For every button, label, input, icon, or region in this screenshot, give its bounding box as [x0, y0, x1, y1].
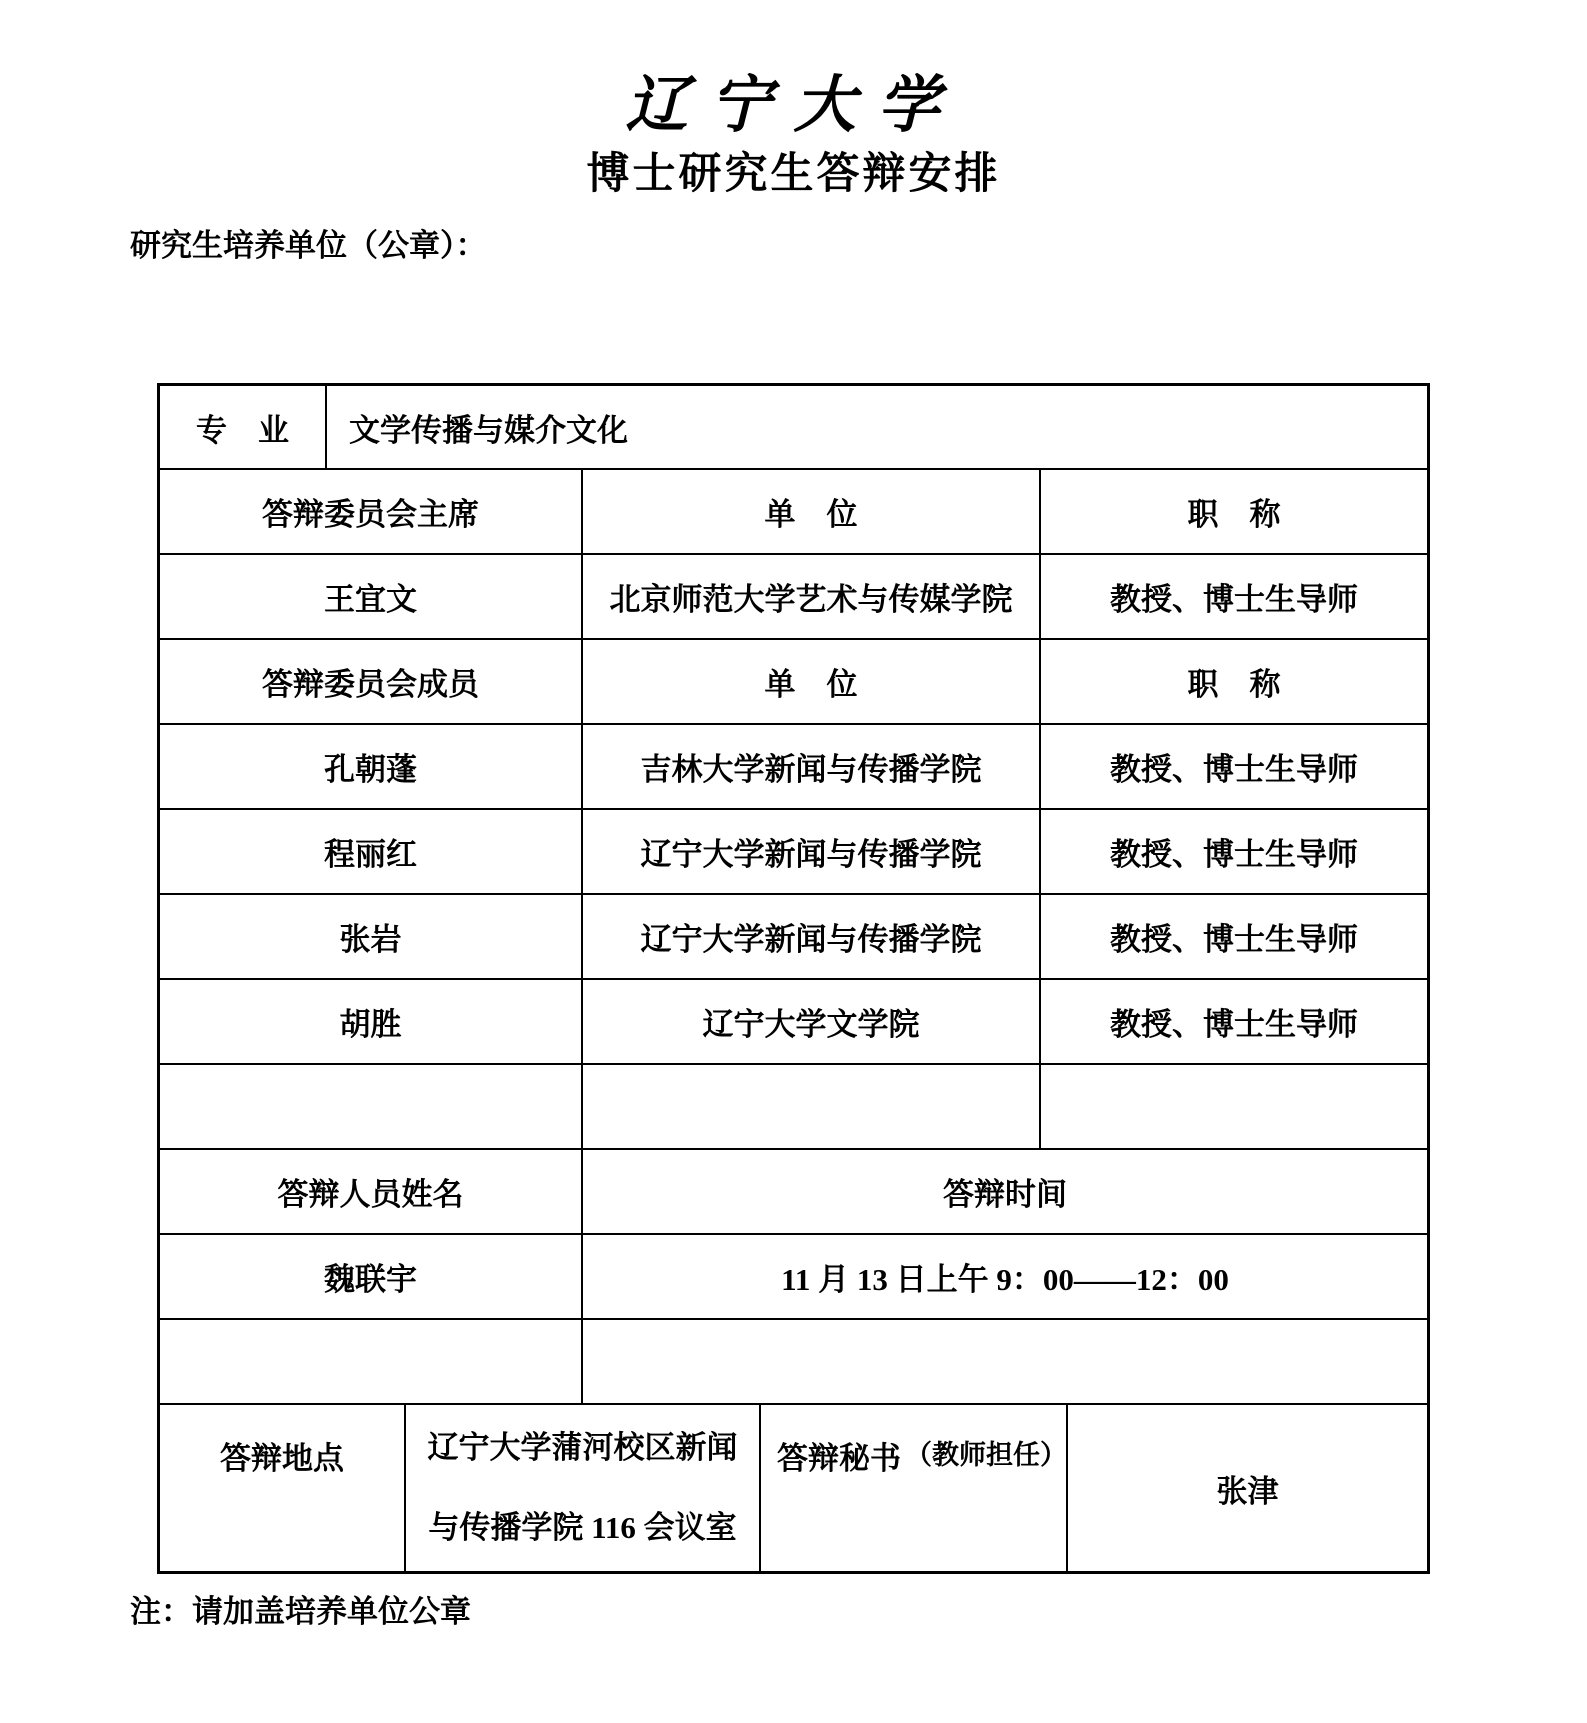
chair-title-cell: 教授、博士生导师: [1041, 555, 1427, 640]
candidate-name-cell: 魏联宇: [160, 1235, 583, 1320]
venue-value-line2: 与传播学院 116 会议室: [428, 1488, 736, 1568]
venue-value-line1: 辽宁大学蒲河校区新闻: [428, 1408, 738, 1488]
footer-note: 注：请加盖培养单位公章: [130, 1586, 471, 1631]
major-label-cell: 专 业: [160, 386, 327, 470]
candidate-header-time-cell: 答辩时间: [583, 1150, 1427, 1235]
chair-header-unit-cell: 单 位: [583, 470, 1041, 555]
member-unit-cell: 辽宁大学新闻与传播学院: [583, 895, 1041, 980]
member-header-role-cell: 答辩委员会成员: [160, 640, 583, 725]
major-row: 专 业 文学传播与媒介文化: [160, 386, 1427, 470]
member-header-unit-cell: 单 位: [583, 640, 1041, 725]
candidate-section: 答辩人员姓名 答辩时间 魏联宇 11 月 13 日上午 9：00——12：00: [160, 1150, 1427, 1405]
secretary-label: 答辩秘书: [777, 1433, 901, 1478]
candidate-header-name-cell: 答辩人员姓名: [160, 1150, 583, 1235]
secretary-sub-label: （教师担任）: [905, 1433, 1067, 1472]
member-name-cell: 孔朝蓬: [160, 725, 583, 810]
chair-name-cell: 王宜文: [160, 555, 583, 640]
chair-header-title-cell: 职 称: [1041, 470, 1427, 555]
candidate-time-cell-empty: [583, 1320, 1427, 1405]
member-name-cell: 张岩: [160, 895, 583, 980]
venue-section: 答辩地点 辽宁大学蒲河校区新闻 与传播学院 116 会议室 答辩秘书 （教师担任…: [160, 1405, 1427, 1571]
venue-value-cell: 辽宁大学蒲河校区新闻 与传播学院 116 会议室: [406, 1405, 761, 1571]
member-title-cell: 教授、博士生导师: [1041, 895, 1427, 980]
document-subtitle: 博士研究生答辩安排: [0, 148, 1587, 200]
member-unit-cell: 辽宁大学文学院: [583, 980, 1041, 1065]
member-name-cell-empty: [160, 1065, 583, 1150]
member-unit-cell: 吉林大学新闻与传播学院: [583, 725, 1041, 810]
member-name-cell: 胡胜: [160, 980, 583, 1065]
member-title-cell-empty: [1041, 1065, 1427, 1150]
secretary-name-cell: 张津: [1068, 1405, 1427, 1571]
candidate-name-cell-empty: [160, 1320, 583, 1405]
secretary-label-cell: 答辩秘书 （教师担任）: [761, 1405, 1068, 1571]
chair-unit-cell: 北京师范大学艺术与传媒学院: [583, 555, 1041, 640]
venue-label-cell: 答辩地点: [160, 1405, 406, 1571]
document-page: { "page": { "title": "辽宁大学", "subtitle":…: [0, 0, 1587, 1723]
defense-arrangement-table: 专 业 文学传播与媒介文化 答辩委员会主席 单 位 职 称 王宜文 北京师范大学…: [157, 383, 1430, 1574]
member-title-cell: 教授、博士生导师: [1041, 725, 1427, 810]
university-title: 辽宁大学: [0, 68, 1587, 142]
chair-header-role-cell: 答辩委员会主席: [160, 470, 583, 555]
major-value-cell: 文学传播与媒介文化: [327, 386, 1427, 470]
member-title-cell: 教授、博士生导师: [1041, 810, 1427, 895]
member-title-cell: 教授、博士生导师: [1041, 980, 1427, 1065]
member-unit-cell-empty: [583, 1065, 1041, 1150]
committee-section: 答辩委员会主席 单 位 职 称 王宜文 北京师范大学艺术与传媒学院 教授、博士生…: [160, 470, 1427, 1150]
candidate-time-cell: 11 月 13 日上午 9：00——12：00: [583, 1235, 1427, 1320]
member-name-cell: 程丽红: [160, 810, 583, 895]
member-header-title-cell: 职 称: [1041, 640, 1427, 725]
member-unit-cell: 辽宁大学新闻与传播学院: [583, 810, 1041, 895]
training-unit-seal-label: 研究生培养单位（公章）：: [130, 220, 487, 265]
